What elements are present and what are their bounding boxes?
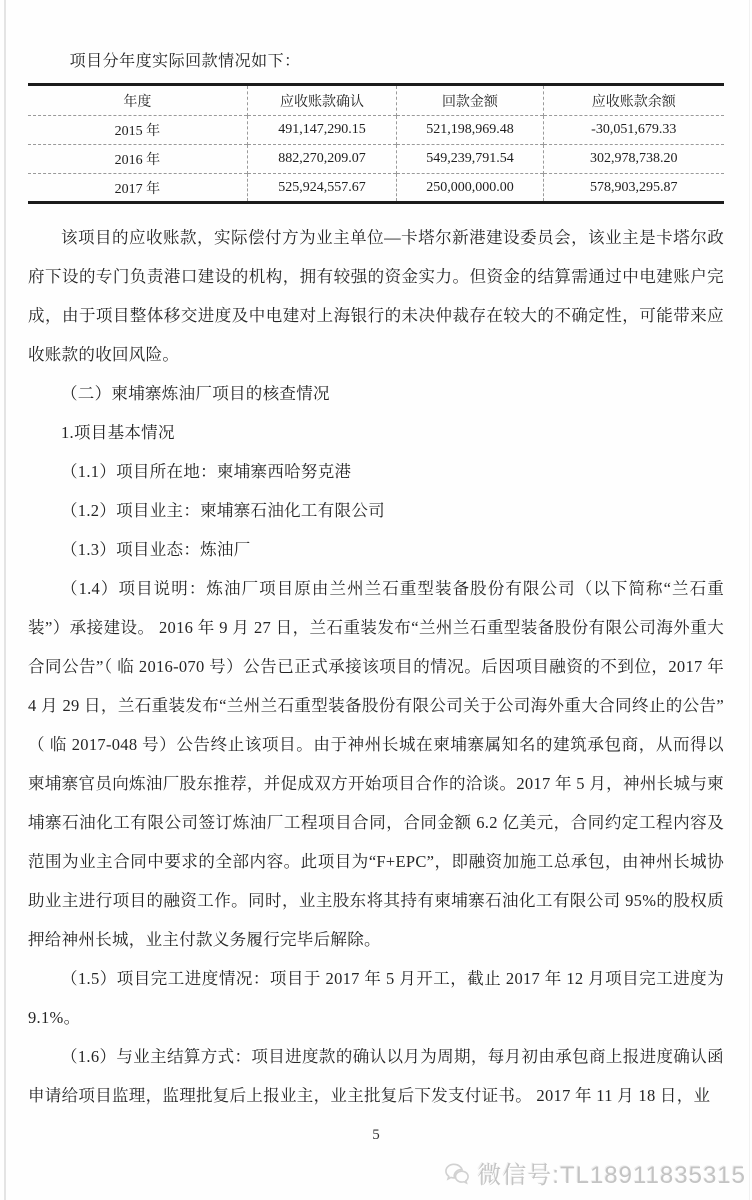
cell-repayment-amount: 250,000,000.00 [397,174,543,203]
wechat-watermark: 微信号:TL18911835315 [443,1155,746,1190]
item-project-type: （1.3）项目业态：炼油厂 [28,530,724,569]
column-header-receivable-confirmed: 应收账款确认 [247,85,397,116]
column-header-year: 年度 [28,85,247,116]
table-row: 2017 年 525,924,557.67 250,000,000.00 578… [28,174,724,203]
receivables-table: 年度 应收账款确认 回款金额 应收账款余额 2015 年 491,147,290… [28,83,724,204]
wechat-watermark-label: 微信号:TL18911835315 [477,1155,746,1190]
page-content: 项目分年度实际回款情况如下： 年度 应收账款确认 回款金额 应收账款余额 201… [28,0,724,1144]
cell-receivable-confirmed: 491,147,290.15 [247,116,397,145]
cell-receivable-confirmed: 882,270,209.07 [247,145,397,174]
table-row: 2016 年 882,270,209.07 549,239,791.54 302… [28,145,724,174]
subsection-heading-basic-info: 1.项目基本情况 [28,413,724,452]
cell-repayment-amount: 549,239,791.54 [397,145,543,174]
table-header-row: 年度 应收账款确认 回款金额 应收账款余额 [28,85,724,116]
section-heading-cambodia-refinery: （二）柬埔寨炼油厂项目的核查情况 [28,374,724,413]
paragraph-receivable-risk: 该项目的应收账款，实际偿付方为业主单位—卡塔尔新港建设委员会，该业主是卡塔尔政府… [28,218,724,374]
wechat-icon [443,1159,471,1187]
page-number: 5 [28,1127,724,1144]
cell-year: 2015 年 [28,116,247,145]
item-settlement-method: （1.6）与业主结算方式：项目进度款的确认以月为周期，每月初由承包商上报进度确认… [28,1037,724,1115]
table-intro-line: 项目分年度实际回款情况如下： [28,48,724,71]
cell-year: 2017 年 [28,174,247,203]
item-project-description: （1.4）项目说明：炼油厂项目原由兰州兰石重型装备股份有限公司（以下简称“兰石重… [28,569,724,959]
cell-receivable-balance: -30,051,679.33 [543,116,724,145]
item-project-owner: （1.2）项目业主：柬埔寨石油化工有限公司 [28,491,724,530]
column-header-receivable-balance: 应收账款余额 [543,85,724,116]
item-project-location: （1.1）项目所在地：柬埔寨西哈努克港 [28,452,724,491]
cell-receivable-balance: 578,903,295.87 [543,174,724,203]
body-text-block: 该项目的应收账款，实际偿付方为业主单位—卡塔尔新港建设委员会，该业主是卡塔尔政府… [28,218,724,1115]
cell-receivable-balance: 302,978,738.20 [543,145,724,174]
item-project-completion-progress: （1.5）项目完工进度情况：项目于 2017 年 5 月开工，截止 2017 年… [28,959,724,1037]
table-row: 2015 年 491,147,290.15 521,198,969.48 -30… [28,116,724,145]
column-header-repayment-amount: 回款金额 [397,85,543,116]
document-page: 项目分年度实际回款情况如下： 年度 应收账款确认 回款金额 应收账款余额 201… [0,0,752,1200]
cell-year: 2016 年 [28,145,247,174]
cell-repayment-amount: 521,198,969.48 [397,116,543,145]
cell-receivable-confirmed: 525,924,557.67 [247,174,397,203]
